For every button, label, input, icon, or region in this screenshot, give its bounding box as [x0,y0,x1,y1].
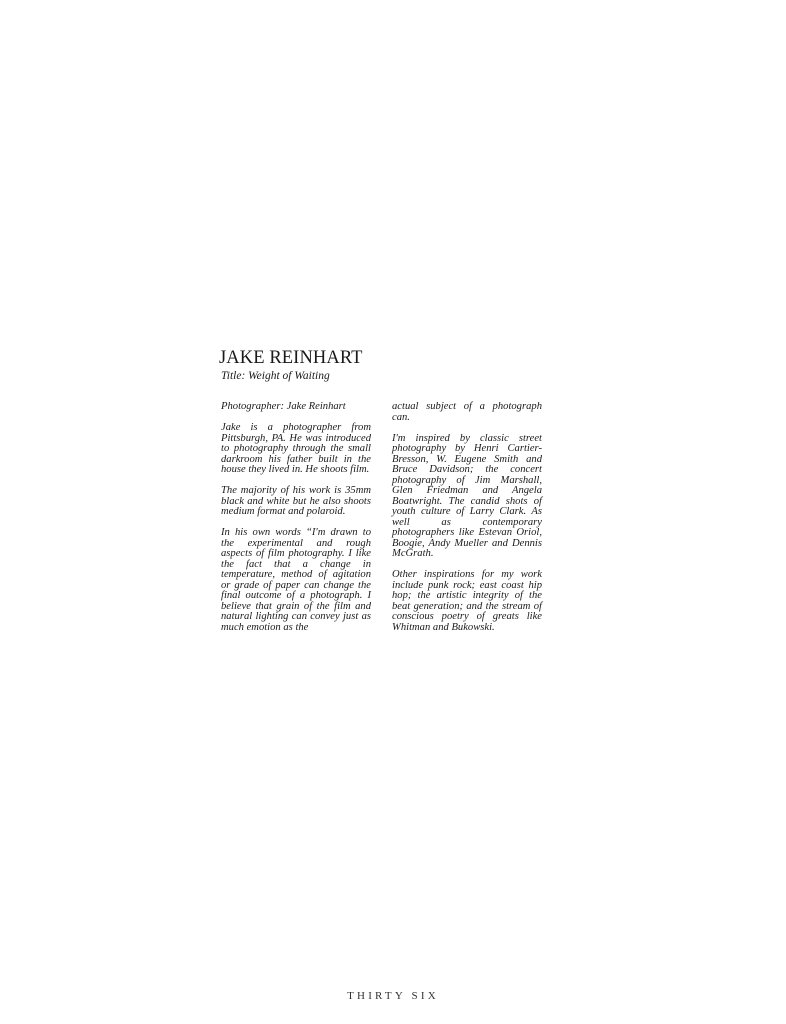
left-column: Photographer: Jake Reinhart Jake is a ph… [221,402,371,644]
right-column: actual subject of a photograph can. I'm … [392,402,542,644]
photographer-name: JAKE REINHART [219,348,363,369]
bio-paragraph: The majority of his work is 35mm black a… [221,486,371,518]
quote-paragraph: In his own words “I'm drawn to the exper… [221,528,371,633]
photographer-credit: Photographer: Jake Reinhart [221,402,371,413]
quote-continuation: actual subject of a photograph can. [392,402,542,423]
bio-paragraph: Jake is a photographer from Pittsburgh, … [221,423,371,476]
inspiration-paragraph: Other inspirations for my work include p… [392,570,542,633]
inspiration-paragraph: I'm inspired by classic street photograp… [392,434,542,560]
page-number: THIRTY SIX [0,990,786,1002]
work-title: Title: Weight of Waiting [221,370,330,382]
